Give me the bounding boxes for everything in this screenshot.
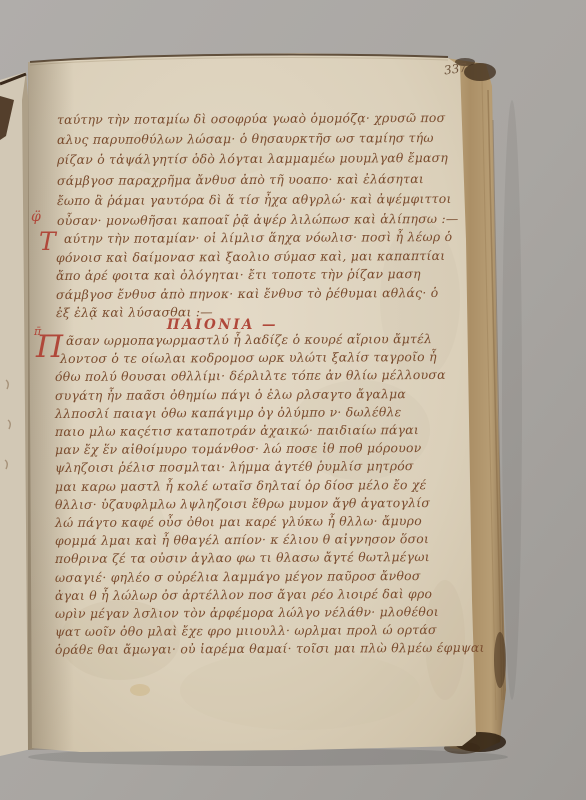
- text-line: ἐξ ἐλᾷ καὶ λύσασθαι :—: [56, 305, 213, 321]
- text-line: ωσαγιέ· φηλέο σ οὐρέλια λαμμάγο μέγον πα…: [55, 568, 421, 585]
- text-line: συγάτη ἦν παᾶσι ὀθημίω πάγι ὁ ἐλω ρλσαγτ…: [55, 386, 406, 403]
- text-line: αλυς παρυποθύλων λώσαμ· ὁ θησαυρκτῆσ ωσ …: [57, 130, 434, 147]
- text-line: ὁράθε θαι ἄμωγαι· οὐ ἰαρέμα θαμαί· τοῖσι…: [55, 640, 485, 657]
- text-line: ψληζοισι ῥέλισ ποσμλται· λήμμα ἁγτέθ ῥυμ…: [55, 459, 414, 476]
- text-line: ρίζαν ὁ τἀψάλγητίσ ὁδὸ λόγται λαμμαμέω μ…: [57, 150, 448, 167]
- text-line: σάμβγοσ παραχρῆμα ἄνθυσ ἀπὸ τῆ υοαπο· κα…: [57, 171, 424, 188]
- text-line: ψατ ωοῖν ὀθο μλαὶ ἔχε φρο μιιουλλ· ωρλμα…: [55, 622, 437, 639]
- text-line: φόνοισ καὶ δαίμονασ καὶ ξαολιο σύμασ καὶ…: [56, 248, 445, 265]
- text-line: λώ πάγτο καφέ οὖσ ὀθοι μαι καρέ γλύκω ἦ …: [55, 513, 422, 530]
- text-line: μαν ἔχ ἕν αἰθοίμυρο τομάνθοσ· λώ ποσε ἰθ…: [55, 440, 422, 457]
- text-line: ἀγαι θ ἦ λώλωρ ὀσ ἀρτέλλον ποσ ἄγαι ρέο …: [55, 586, 432, 603]
- text-line: ποθρινα ζέ τα οὐσιν ἀγλαο φω τι θλασω ἄγ…: [55, 549, 430, 566]
- marginal-sign-icon: φ̈: [31, 209, 41, 225]
- text-line: όθω πολύ θουσαι οθλλίμι· δέρλιλτε τόπε ἀ…: [55, 367, 446, 384]
- text-line: φομμά λμαι καὶ ἦ θθαγέλ απίον· κ έλιου θ…: [55, 531, 429, 548]
- text-line: ταύτην τὴν ποταμίω δὶ οσοφρύα γωαὸ ὁμομό…: [57, 110, 445, 127]
- text-line: λλποσλί παιαγι ὁθω καπάγιμρ ὀγ ὀλύμπο ν·…: [55, 404, 402, 421]
- text-line: παιο μλω καςέτισ καταποτράν ἀχαικώ· παιδ…: [55, 422, 419, 439]
- text-line: θλλισ· ὑζαυφλμλω λψληζοισι ἔθρω μυμον ἄγ…: [55, 495, 430, 512]
- manuscript-photo: 337 φ̈ π̄ ΠΑΙΟΝΙΑ — Τ Π ταύτην τὴν ποταμ…: [0, 0, 586, 800]
- text-line: λοντοσ ὁ τε οίωλαι κοδρομοσ ωρκ υλώτι ξα…: [60, 349, 437, 366]
- text-line: οὖσαν· μονωθῆσαι καποαῖ ῥᾷ ἀψέρ λιλώπωσ …: [57, 211, 459, 228]
- text-line: ἔωπο ἃ ῥάμαι γαυτόρα δὶ ἅ τίσ ἦχα αθγρλώ…: [57, 191, 452, 208]
- text-line: ἄπο ἀρέ φοιτα καὶ ὁλόγηται· ἔτι τοποτε τ…: [56, 266, 421, 283]
- text-line: μαι καρω μαστλ ἦ κολέ ωταῖσ δηλταί ὀρ δί…: [55, 477, 427, 494]
- text-line: ωρὶν μέγαν λσλιον τὸν ἀρφέμορα λώλγο νέλ…: [55, 604, 439, 621]
- drop-cap-tau: Τ: [39, 229, 56, 254]
- text-line: ᾶσαν ωρμοπαγωρμαστλύ ἦ λαδίζε ὁ κουρέ αἴ…: [66, 331, 432, 348]
- drop-cap-pi: Π: [36, 332, 63, 363]
- text-line: σάμβγοσ ἔνθυσ ἀπὸ πηνοκ· καὶ ἔνθυσ τὸ ῥέ…: [56, 285, 439, 302]
- text-line: αύτην τὴν ποταμίαν· οἱ λίμλισ ἅηχα νόωλι…: [64, 229, 452, 246]
